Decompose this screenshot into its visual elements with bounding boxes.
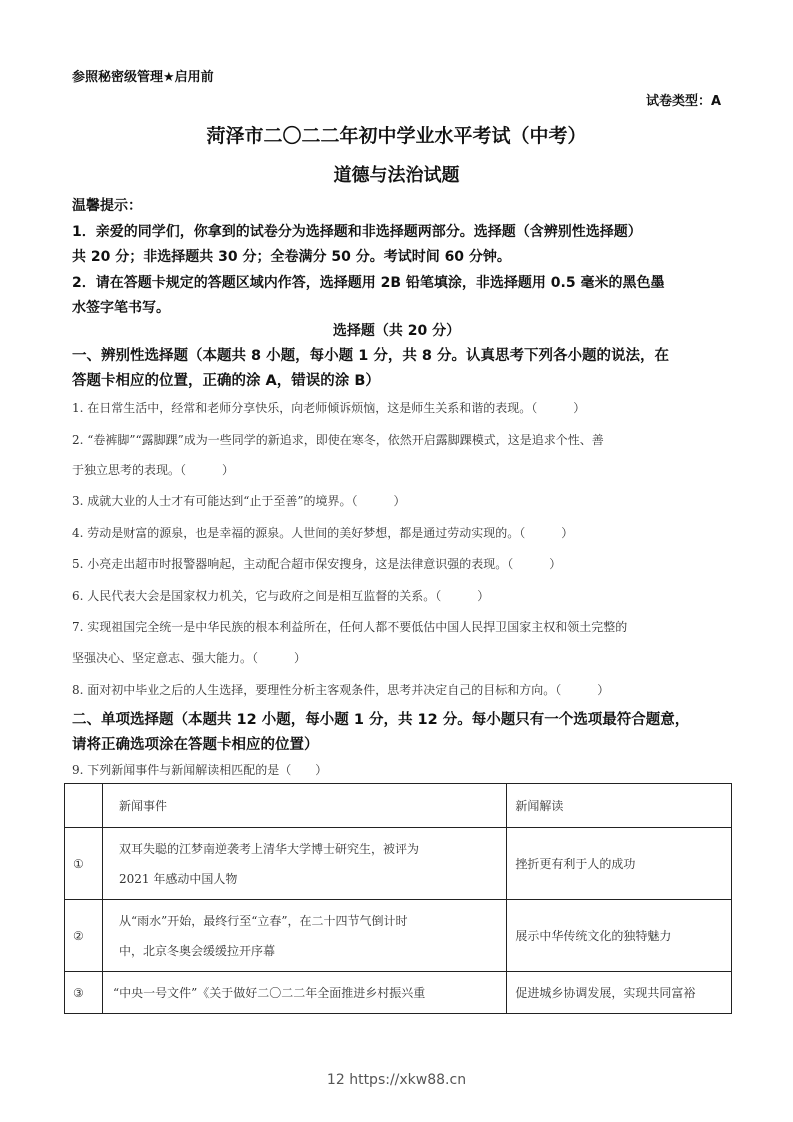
tip-line: 2．请在答题卡规定的答题区域内作答，选择题用 2B 铅笔填涂，非选择题用 0.5… <box>72 272 664 292</box>
table-header-row: 新闻事件 新闻解读 <box>65 784 732 828</box>
secret-notice: 参照秘密级管理★启用前 <box>72 66 214 85</box>
table-header-cell <box>65 784 103 828</box>
exam-title: 菏泽市二〇二二年初中学业水平考试（中考） <box>0 121 793 148</box>
news-event-line: 从“雨水”开始，最终行至“立春”，在二十四节气倒计时 <box>119 906 498 936</box>
news-event-line: 双耳失聪的江梦南逆袭考上清华大学博士研究生，被评为 <box>119 834 498 864</box>
paper-type: 试卷类型：A <box>646 90 721 109</box>
part1-heading: 一、辨别性选择题（本题共 8 小题，每小题 1 分，共 8 分。认真思考下列各小… <box>72 344 669 365</box>
row-index: ① <box>65 828 103 900</box>
part2-heading: 二、单项选择题（本题共 12 小题，每小题 1 分，共 12 分。每小题只有一个… <box>72 708 689 729</box>
news-event-line: 2021 年感动中国人物 <box>119 864 498 894</box>
source-link[interactable]: https://xkw88.cn <box>349 1072 466 1088</box>
question-line: 坚强决心、坚定意志、强大能力。（ ） <box>72 649 306 666</box>
question-line: 2. “卷裤脚”“露脚踝”成为一些同学的新追求，即使在寒冬，依然开启露脚踝模式，… <box>72 431 604 448</box>
table-header-cell: 新闻事件 <box>102 784 506 828</box>
question-9-stem: 9. 下列新闻事件与新闻解读相匹配的是（ ） <box>72 761 327 778</box>
table-header-cell: 新闻解读 <box>507 784 732 828</box>
question-line: 1. 在日常生活中，经常和老师分享快乐，向老师倾诉烦恼，这是师生关系和谐的表现。… <box>72 399 585 416</box>
question-line: 5. 小亮走出超市时报警器响起，主动配合超市保安搜身，这是法律意识强的表现。（ … <box>72 555 561 572</box>
page-number: 12 <box>327 1072 345 1088</box>
table-row: ③ “中央一号文件”《关于做好二〇二二年全面推进乡村振兴重 促进城乡协调发展，实… <box>65 972 732 1014</box>
part1-heading: 答题卡相应的位置，正确的涂 A，错误的涂 B） <box>72 369 380 390</box>
question-line: 于独立思考的表现。（ ） <box>72 461 234 478</box>
tips-heading: 温馨提示： <box>72 195 142 215</box>
row-index: ② <box>65 900 103 972</box>
tip-line: 1．亲爱的同学们，你拿到的试卷分为选择题和非选择题两部分。选择题（含辨别性选择题… <box>72 221 642 241</box>
tip-line: 水签字笔书写。 <box>72 297 170 317</box>
page-footer: 12 https://xkw88.cn <box>0 1072 793 1088</box>
news-event-cell: 从“雨水”开始，最终行至“立春”，在二十四节气倒计时 中，北京冬奥会缓缓拉开序幕 <box>102 900 506 972</box>
tip-line: 共 20 分；非选择题共 30 分；全卷满分 50 分。考试时间 60 分钟。 <box>72 246 511 266</box>
news-table: 新闻事件 新闻解读 ① 双耳失聪的江梦南逆袭考上清华大学博士研究生，被评为 20… <box>64 783 732 1014</box>
exam-subtitle: 道德与法治试题 <box>0 161 793 187</box>
news-event-cell: “中央一号文件”《关于做好二〇二二年全面推进乡村振兴重 <box>102 972 506 1014</box>
news-interpretation-cell: 挫折更有利于人的成功 <box>507 828 732 900</box>
news-event-line: “中央一号文件”《关于做好二〇二二年全面推进乡村振兴重 <box>113 978 498 1008</box>
choice-section-title: 选择题（共 20 分） <box>0 320 793 340</box>
table-row: ① 双耳失聪的江梦南逆袭考上清华大学博士研究生，被评为 2021 年感动中国人物… <box>65 828 732 900</box>
part2-heading: 请将正确选项涂在答题卡相应的位置） <box>72 733 319 754</box>
news-interpretation-cell: 展示中华传统文化的独特魅力 <box>507 900 732 972</box>
question-line: 6. 人民代表大会是国家权力机关，它与政府之间是相互监督的关系。（ ） <box>72 587 489 604</box>
question-line: 3. 成就大业的人士才有可能达到“止于至善”的境界。（ ） <box>72 492 406 509</box>
question-line: 8. 面对初中毕业之后的人生选择，要理性分析主客观条件，思考并决定自己的目标和方… <box>72 681 609 698</box>
row-index: ③ <box>65 972 103 1014</box>
question-line: 4. 劳动是财富的源泉，也是幸福的源泉。人世间的美好梦想，都是通过劳动实现的。（… <box>72 524 573 541</box>
table-row: ② 从“雨水”开始，最终行至“立春”，在二十四节气倒计时 中，北京冬奥会缓缓拉开… <box>65 900 732 972</box>
news-interpretation-cell: 促进城乡协调发展，实现共同富裕 <box>507 972 732 1014</box>
news-event-cell: 双耳失聪的江梦南逆袭考上清华大学博士研究生，被评为 2021 年感动中国人物 <box>102 828 506 900</box>
news-event-line: 中，北京冬奥会缓缓拉开序幕 <box>119 936 498 966</box>
question-line: 7. 实现祖国完全统一是中华民族的根本利益所在，任何人都不要低估中国人民捍卫国家… <box>72 618 627 635</box>
